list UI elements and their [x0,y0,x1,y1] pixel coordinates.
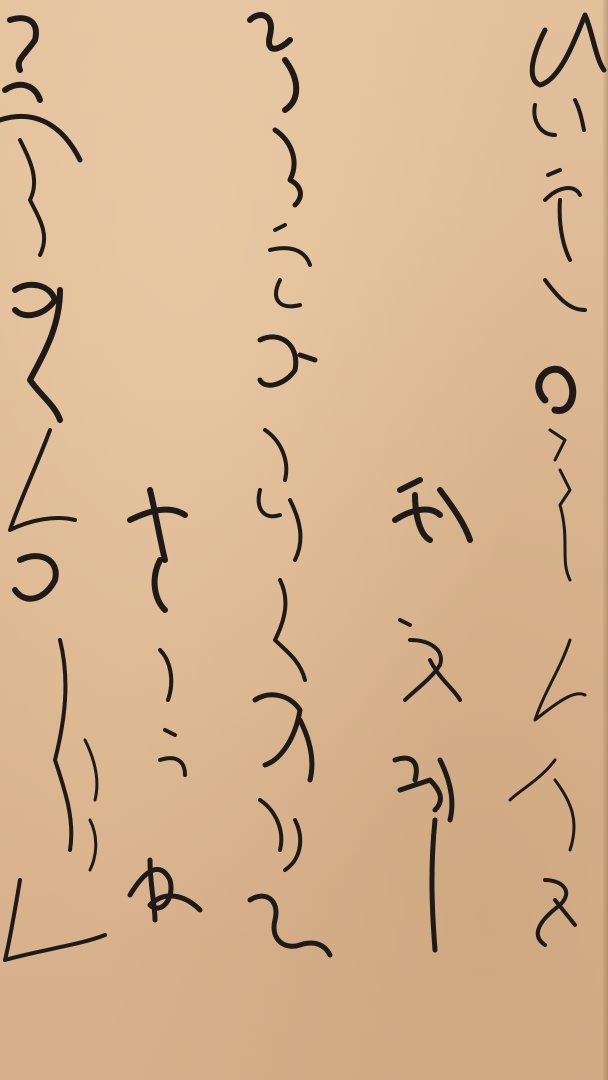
column-1-strokes [510,15,604,945]
ink-strokes [0,0,608,1080]
calligraphy-paper: れいたんしの花さいふへ（ゐ）る哉 坂之屋帰し 抄（秋）の夜も雲井ふかくも鳴行かれ… [0,0,608,1080]
column-2-strokes [395,480,470,950]
column-3-strokes [250,15,330,955]
column-4-strokes [130,490,200,920]
column-5-strokes [0,18,105,960]
